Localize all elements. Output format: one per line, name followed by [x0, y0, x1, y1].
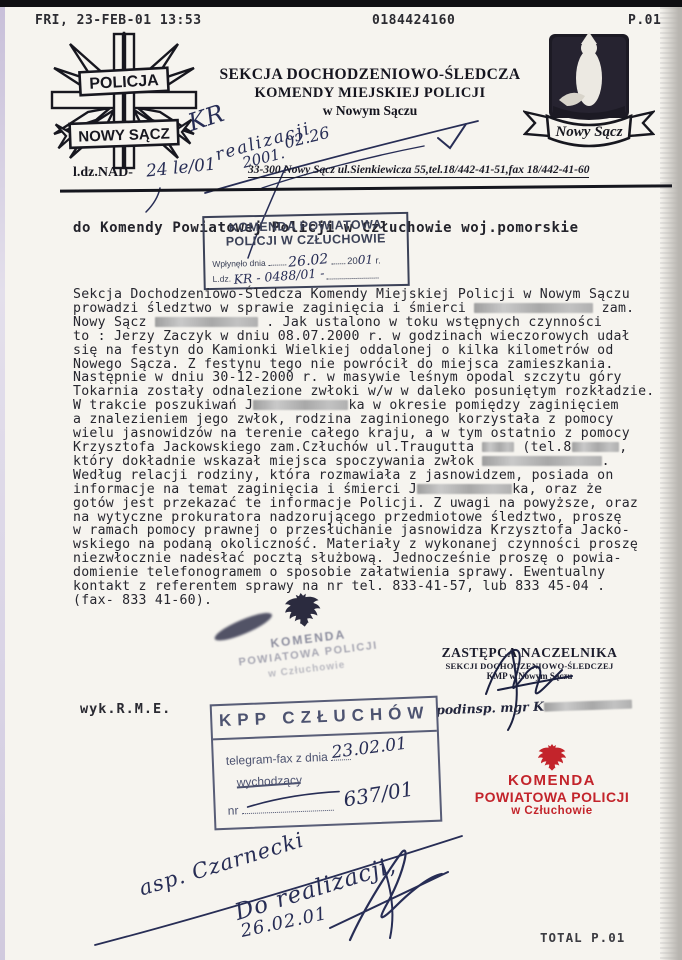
redaction — [417, 484, 512, 494]
body-line: który dokładnie wskazał miejsca spoczywa… — [73, 455, 675, 469]
body-line: wielu jasnowidzów na terenie całego kraj… — [73, 427, 675, 441]
kpp-stamp-title: KPP CZŁUCHÓW — [212, 703, 437, 732]
red-stamp-line1: KOMENDA — [462, 772, 642, 789]
body-line: Następnie w dniu 30-12-2000 r. w masywie… — [73, 371, 675, 385]
body-line: na wytyczne prokuratora nadzorującego pr… — [73, 511, 675, 525]
body-line: Nowy Sącz . Jak ustalono w toku wstępnyc… — [73, 316, 675, 330]
body-line: domienie telefonogramem o sposobie załat… — [73, 566, 675, 580]
redaction — [474, 303, 593, 313]
body-line: Sekcja Dochodzeniowo-Śledcza Komendy Mie… — [73, 288, 675, 302]
body-line: prowadzi śledztwo w sprawie zaginięcia i… — [73, 302, 675, 316]
redaction — [253, 400, 348, 410]
red-stamp: KOMENDA POWIATOWA POLICJI w Człuchowie — [462, 742, 642, 817]
telegram-date-handwritten: 23.02.01 — [331, 734, 409, 763]
redaction — [482, 456, 601, 466]
body-line: to : Jerzy Zaczyk w dniu 08.07.2000 r. w… — [73, 330, 675, 344]
body-line: W trakcie poszukiwań Jka w okresie pomię… — [73, 399, 675, 413]
body-line: się na festyn do Kamionki Wielkiej oddal… — [73, 344, 675, 358]
received-year-prefix: 20 — [347, 256, 358, 267]
body-line: informacje na temat zaginięcia i śmierci… — [73, 483, 675, 497]
nr-value-handwritten: 637/01 — [342, 777, 415, 812]
faded-receipt-stamp: KOMENDA POWIATOWA POLICJI w Człuchowie — [207, 579, 409, 711]
telegram-label: telegram-fax z dnia — [226, 750, 329, 768]
body-line: a znalezieniem jego zwłok, rodzina zagin… — [73, 413, 675, 427]
fax-footer-total: TOTAL P.01 — [540, 930, 625, 945]
body-line: Krzysztofa Jackowskiego zam.Człuchów ul.… — [73, 441, 675, 455]
received-year-handwritten: 01 — [358, 253, 374, 267]
redaction — [482, 442, 514, 452]
redaction — [155, 317, 258, 327]
clerk-note: wyk.R.M.E. — [80, 701, 171, 717]
signer-name-redaction — [544, 699, 632, 711]
red-eagle-icon — [535, 742, 569, 772]
red-stamp-line2: POWIATOWA POLICJI — [462, 789, 642, 805]
eagle-icon — [278, 588, 326, 631]
letterhead-address: 33-300 Nowy Sącz ul.Sienkiewicza 55,tel.… — [248, 164, 589, 178]
dotted-line — [331, 254, 345, 264]
redaction — [572, 442, 620, 452]
body-line: Według relacji rodziny, która rozmawiała… — [73, 469, 675, 483]
received-ldz-label: L.dz. — [212, 274, 231, 284]
body-line: niezwłocznie nadesłać pocztą służbową. J… — [73, 552, 675, 566]
received-stamp: KOMENDA POWIATOWA POLICJI W CZŁUCHOWIE W… — [202, 212, 410, 290]
received-date-label: Wpłynęło dnia — [212, 258, 266, 269]
signature-autograph-icon — [468, 632, 598, 732]
scanned-fax-document: FRI, 23-FEB-01 13:53 0184424160 P.01 — [0, 0, 682, 960]
received-year-suffix: r. — [375, 255, 381, 266]
document-body: Sekcja Dochodzeniowo-Śledcza Komendy Mie… — [73, 288, 675, 608]
nr-dash-stroke — [243, 785, 344, 811]
ref-number-label: l.dz.NAD- — [73, 165, 133, 181]
dotted-line — [268, 255, 286, 265]
received-ldz-handwritten: KR - 0488/01 - — [233, 265, 325, 287]
received-stamp-line2: POLICJI W CZŁUCHOWIE — [205, 231, 407, 249]
body-line: gotów jest przekazać te informacje Polic… — [73, 497, 675, 511]
ink-smear — [212, 608, 275, 645]
dotted-line — [327, 268, 379, 279]
